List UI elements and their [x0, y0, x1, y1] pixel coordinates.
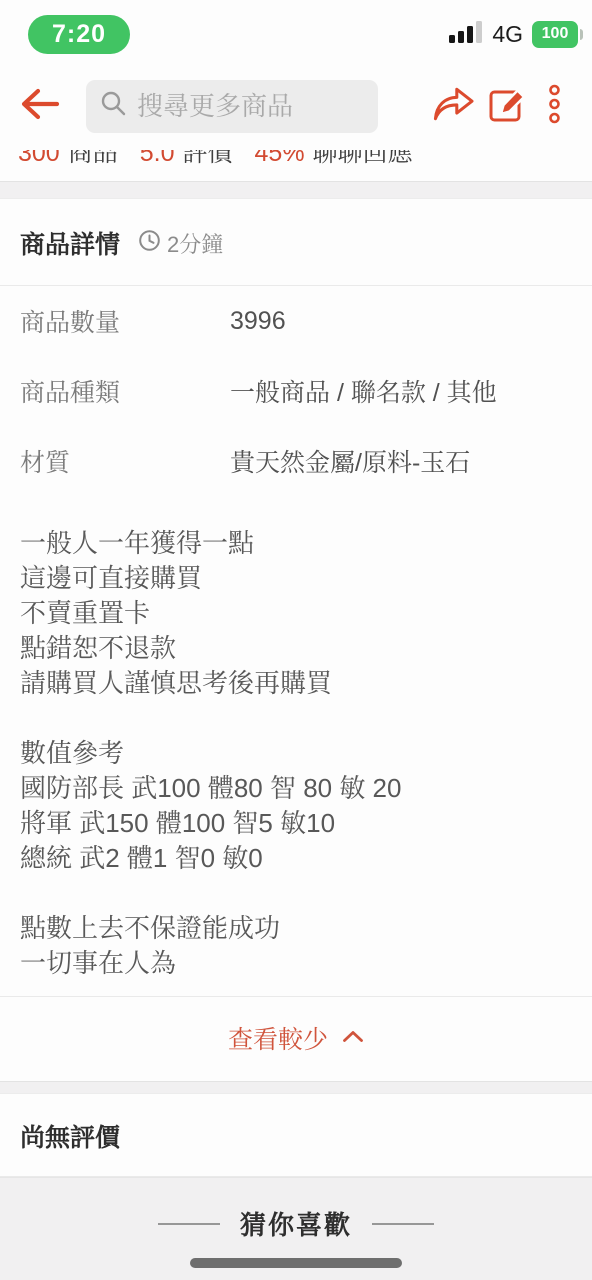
reviews-section: 尚無評價: [0, 1094, 592, 1176]
detail-row-value: 一般商品 / 聯名款 / 其他: [230, 373, 497, 409]
seller-stats-row[interactable]: 300商品 5.0評價 45%聊聊回應: [0, 150, 592, 175]
seller-stat: 5.0評價: [140, 150, 233, 173]
chevron-up-icon: [342, 1029, 364, 1048]
product-description: 一般人一年獲得一點 這邊可直接購買 不賣重置卡 點錯恕不退款 請購買人謹慎思考後…: [0, 496, 592, 981]
battery-icon: 100: [532, 21, 578, 48]
detail-row-label: 商品數量: [20, 303, 230, 339]
detail-row: 材質 貴天然金屬/原料-玉石: [0, 426, 592, 496]
edit-icon: [487, 84, 527, 129]
seller-stat-label: 聊聊回應: [313, 150, 413, 167]
details-section-title: 商品詳情: [20, 225, 120, 261]
recommendations-header: 猜你喜歡: [0, 1178, 592, 1242]
seller-stat-value: 5.0: [140, 150, 175, 167]
description-line: 數值參考: [20, 736, 572, 771]
collapse-label: 查看較少: [228, 1020, 328, 1056]
kebab-menu-icon: [548, 84, 561, 129]
title-dash-right: [372, 1223, 434, 1225]
share-button[interactable]: [426, 82, 480, 130]
seller-stat: 45%聊聊回應: [255, 150, 413, 173]
search-box[interactable]: [86, 80, 378, 133]
search-input[interactable]: [137, 91, 364, 122]
detail-row: 商品種類 一般商品 / 聯名款 / 其他: [0, 356, 592, 426]
description-line: 總統 武2 體1 智0 敏0: [20, 841, 572, 876]
reviews-section-title: 尚無評價: [20, 1124, 120, 1152]
detail-row-label: 材質: [20, 443, 230, 479]
nav-bar: [0, 62, 592, 150]
back-button[interactable]: [18, 86, 62, 126]
description-line: 不賣重置卡: [20, 596, 572, 631]
description-line: 請購買人謹慎思考後再購買: [20, 666, 572, 701]
details-header: 商品詳情 2分鐘: [0, 199, 592, 285]
description-line: 一切事在人為: [20, 946, 572, 981]
title-dash-left: [158, 1223, 220, 1225]
recommendations-section: 猜你喜歡: [0, 1177, 592, 1280]
detail-row: 商品數量 3996: [0, 286, 592, 356]
recommendations-title: 猜你喜歡: [240, 1205, 352, 1242]
collapse-description-button[interactable]: 查看較少: [0, 996, 592, 1081]
description-line: [20, 701, 572, 736]
description-line: 點錯恕不退款: [20, 631, 572, 666]
detail-row-value: 貴天然金屬/原料-玉石: [230, 443, 470, 479]
description-line: 國防部長 武100 體80 智 80 敏 20: [20, 771, 572, 806]
status-bar: 7:20 4G 100: [0, 0, 592, 62]
description-line: [20, 876, 572, 911]
detail-attribute-table: 商品數量 3996 商品種類 一般商品 / 聯名款 / 其他 材質 貴天然金屬/…: [0, 286, 592, 496]
updated-time-label: 2分鐘: [167, 228, 223, 259]
share-icon: [430, 85, 476, 128]
seller-stat-value: 45%: [255, 150, 305, 167]
edit-button[interactable]: [480, 82, 534, 130]
detail-row-label: 商品種類: [20, 373, 230, 409]
more-menu-button[interactable]: [534, 82, 574, 130]
back-arrow-icon: [18, 87, 60, 126]
description-line: 一般人一年獲得一點: [20, 526, 572, 561]
status-indicators: 4G 100: [449, 21, 578, 48]
signal-icon: [449, 21, 483, 48]
seller-stat-label: 評價: [183, 150, 233, 167]
section-divider-band: [0, 1081, 592, 1094]
nav-actions: [426, 82, 574, 130]
description-line: 將軍 武150 體100 智5 敏10: [20, 806, 572, 841]
seller-stat-value: 300: [18, 150, 60, 167]
search-icon: [100, 90, 127, 122]
updated-time: 2分鐘: [138, 228, 223, 259]
network-type-label: 4G: [492, 21, 523, 48]
description-line: 這邊可直接購買: [20, 561, 572, 596]
clock-icon: [138, 229, 167, 258]
detail-row-value: 3996: [230, 307, 286, 336]
battery-percent: 100: [542, 25, 569, 43]
home-indicator[interactable]: [190, 1258, 402, 1268]
section-divider-band: [0, 181, 592, 199]
seller-stat: 300商品: [18, 150, 118, 173]
description-line: 點數上去不保證能成功: [20, 911, 572, 946]
app-screen: 7:20 4G 100: [0, 0, 592, 1280]
time-pill[interactable]: 7:20: [28, 15, 130, 54]
seller-stat-label: 商品: [68, 150, 118, 167]
